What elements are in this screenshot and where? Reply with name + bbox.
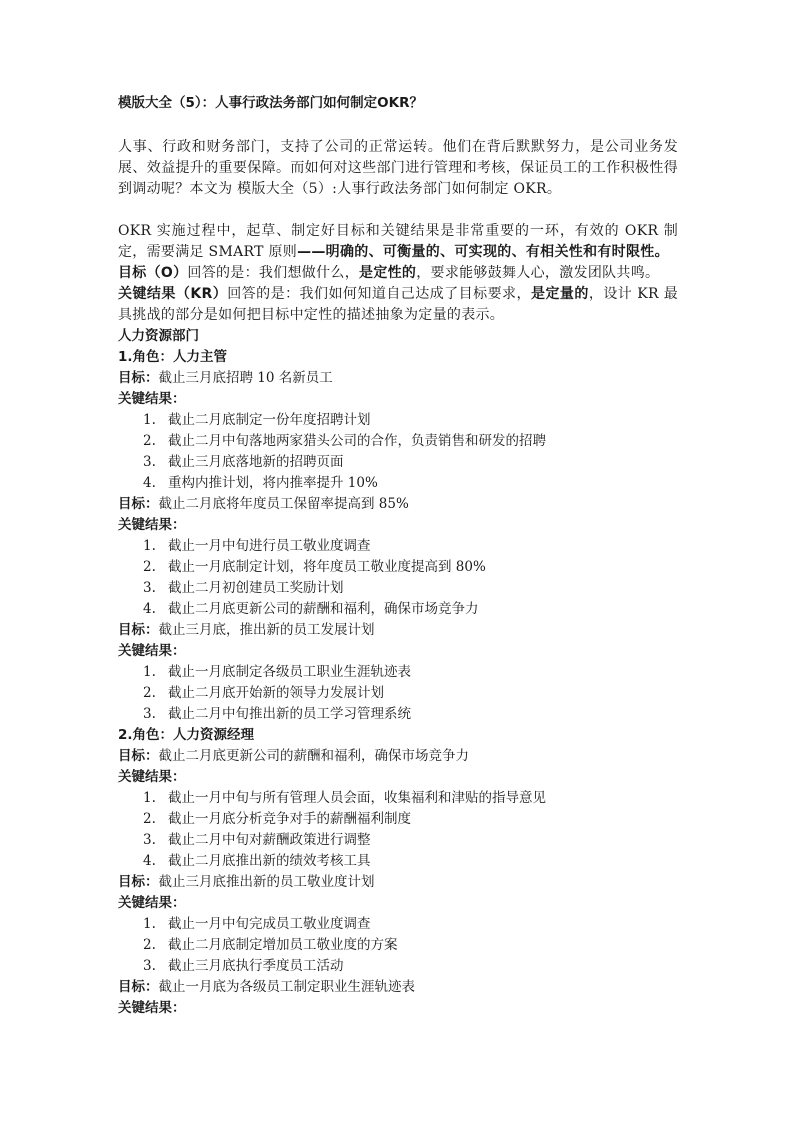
objective-text: 截止一月底为各级员工制定职业生涯轨迹表 [159, 979, 416, 995]
list-number: 3. [143, 704, 156, 725]
list-number: 3. [143, 578, 156, 599]
list-number: 4. [143, 599, 156, 620]
list-number: 2. [143, 431, 156, 452]
key-result-text: 截止一月中旬完成员工敬业度调查 [168, 916, 371, 932]
objective-line: 目标：截止二月底更新公司的薪酬和福利，确保市场竞争力 [118, 746, 678, 767]
key-result-item: 2.截止二月底制定增加员工敬业度的方案 [118, 935, 678, 956]
document-page: 模版大全（5）：人事行政法务部门如何制定OKR？ 人事、行政和财务部门，支持了公… [118, 93, 678, 1019]
list-number: 3. [143, 830, 156, 851]
key-result-text: 截止三月底执行季度员工活动 [168, 958, 344, 974]
key-result-text: 截止一月底制定各级员工职业生涯轨迹表 [168, 664, 411, 680]
objective-label: 目标： [118, 370, 159, 386]
key-results-label: 关键结果： [118, 998, 678, 1019]
key-result-text: 截止一月底分析竞争对手的薪酬福利制度 [168, 811, 411, 827]
objective-label: 目标： [118, 748, 159, 764]
objective-label: 目标： [118, 874, 159, 890]
list-number: 1. [143, 410, 156, 431]
objective-label: 目标： [118, 622, 159, 638]
objective-def-text-end: ，要求能够鼓舞人心，激发团队共鸣。 [416, 265, 659, 281]
key-result-item: 3.截止三月底执行季度员工活动 [118, 956, 678, 977]
okr-intro-paragraph: OKR 实施过程中，起草、制定好目标和关键结果是非常重要的一环，有效的 OKR … [118, 221, 678, 263]
objective-text: 截止二月底将年度员工保留率提高到 85% [159, 496, 409, 512]
objective-text: 截止三月底，推出新的员工发展计划 [159, 622, 375, 638]
kr-definition: 关键结果（KR）回答的是：我们如何知道自己达成了目标要求，是定量的，设计 KR … [118, 284, 678, 326]
key-result-item: 3.截止三月底落地新的招聘页面 [118, 452, 678, 473]
key-result-item: 1.截止一月中旬与所有管理人员会面，收集福利和津贴的指导意见 [118, 788, 678, 809]
smart-principle: ——明确的、可衡量的、可实现的、有相关性和有时限性。 [297, 244, 669, 260]
key-result-item: 1.截止一月中旬完成员工敬业度调查 [118, 914, 678, 935]
list-number: 2. [143, 683, 156, 704]
key-result-text: 截止一月中旬进行员工敬业度调查 [168, 538, 371, 554]
list-number: 4. [143, 473, 156, 494]
key-result-text: 截止二月底更新公司的薪酬和福利，确保市场竞争力 [168, 601, 479, 617]
role-heading: 2.角色：人力资源经理 [118, 725, 678, 746]
objective-def-text: 回答的是：我们想做什么， [187, 265, 359, 281]
section-heading: 人力资源部门 [118, 326, 678, 347]
key-result-item: 1.截止一月底制定各级员工职业生涯轨迹表 [118, 662, 678, 683]
kr-def-label: 关键结果（KR） [118, 286, 227, 302]
list-number: 2. [143, 809, 156, 830]
key-result-text: 截止二月中旬对薪酬政策进行调整 [168, 832, 371, 848]
list-number: 1. [143, 536, 156, 557]
key-result-text: 截止三月底落地新的招聘页面 [168, 454, 344, 470]
key-result-item: 4.截止二月底推出新的绩效考核工具 [118, 851, 678, 872]
key-result-text: 截止二月中旬落地两家猎头公司的合作，负责销售和研发的招聘 [168, 433, 546, 449]
key-result-item: 3.截止二月中旬推出新的员工学习管理系统 [118, 704, 678, 725]
key-result-text: 截止一月底制定计划，将年度员工敬业度提高到 80% [168, 559, 486, 575]
list-number: 3. [143, 452, 156, 473]
key-result-text: 截止二月底推出新的绩效考核工具 [168, 853, 371, 869]
roles-container: 1.角色：人力主管目标：截止三月底招聘 10 名新员工关键结果：1.截止二月底制… [118, 347, 678, 1019]
list-number: 3. [143, 956, 156, 977]
list-number: 1. [143, 662, 156, 683]
key-result-text: 截止二月底制定一份年度招聘计划 [168, 412, 371, 428]
objective-text: 截止二月底更新公司的薪酬和福利，确保市场竞争力 [159, 748, 470, 764]
objective-line: 目标：截止一月底为各级员工制定职业生涯轨迹表 [118, 977, 678, 998]
key-result-item: 2.截止一月底分析竞争对手的薪酬福利制度 [118, 809, 678, 830]
key-result-item: 4.截止二月底更新公司的薪酬和福利，确保市场竞争力 [118, 599, 678, 620]
objective-text: 截止三月底招聘 10 名新员工 [159, 370, 333, 386]
key-result-text: 截止二月中旬推出新的员工学习管理系统 [168, 706, 411, 722]
key-results-label: 关键结果： [118, 641, 678, 662]
list-number: 2. [143, 935, 156, 956]
key-result-item: 2.截止二月中旬落地两家猎头公司的合作，负责销售和研发的招聘 [118, 431, 678, 452]
objective-line: 目标：截止三月底招聘 10 名新员工 [118, 368, 678, 389]
key-results-label: 关键结果： [118, 893, 678, 914]
list-number: 1. [143, 914, 156, 935]
objective-label: 目标： [118, 979, 159, 995]
document-title: 模版大全（5）：人事行政法务部门如何制定OKR？ [118, 93, 678, 114]
key-result-text: 截止一月中旬与所有管理人员会面，收集福利和津贴的指导意见 [168, 790, 546, 806]
key-result-text: 重构内推计划，将内推率提升 10% [168, 475, 378, 491]
objective-definition: 目标（O）回答的是：我们想做什么，是定性的，要求能够鼓舞人心，激发团队共鸣。 [118, 263, 678, 284]
objective-line: 目标：截止三月底推出新的员工敬业度计划 [118, 872, 678, 893]
role-heading: 1.角色：人力主管 [118, 347, 678, 368]
objective-label: 目标： [118, 496, 159, 512]
list-number: 4. [143, 851, 156, 872]
kr-def-text: 回答的是：我们如何知道自己达成了目标要求， [227, 286, 531, 302]
key-result-item: 3.截止二月初创建员工奖励计划 [118, 578, 678, 599]
list-number: 1. [143, 788, 156, 809]
key-result-item: 3.截止二月中旬对薪酬政策进行调整 [118, 830, 678, 851]
objective-def-label: 目标（O） [118, 265, 187, 281]
list-number: 2. [143, 557, 156, 578]
key-result-item: 2.截止二月底开始新的领导力发展计划 [118, 683, 678, 704]
key-results-label: 关键结果： [118, 389, 678, 410]
key-result-text: 截止二月底制定增加员工敬业度的方案 [168, 937, 398, 953]
kr-def-bold: 是定量的 [531, 286, 589, 302]
key-results-label: 关键结果： [118, 515, 678, 536]
objective-line: 目标：截止三月底，推出新的员工发展计划 [118, 620, 678, 641]
key-result-text: 截止二月初创建员工奖励计划 [168, 580, 344, 596]
objective-line: 目标：截止二月底将年度员工保留率提高到 85% [118, 494, 678, 515]
key-result-item: 4.重构内推计划，将内推率提升 10% [118, 473, 678, 494]
key-result-item: 2.截止一月底制定计划，将年度员工敬业度提高到 80% [118, 557, 678, 578]
key-result-text: 截止二月底开始新的领导力发展计划 [168, 685, 384, 701]
key-results-label: 关键结果： [118, 767, 678, 788]
key-result-item: 1.截止一月中旬进行员工敬业度调查 [118, 536, 678, 557]
intro-paragraph: 人事、行政和财务部门，支持了公司的正常运转。他们在背后默默努力，是公司业务发展、… [118, 137, 678, 200]
key-result-item: 1.截止二月底制定一份年度招聘计划 [118, 410, 678, 431]
objective-def-bold: 是定性的 [359, 265, 416, 281]
objective-text: 截止三月底推出新的员工敬业度计划 [159, 874, 375, 890]
